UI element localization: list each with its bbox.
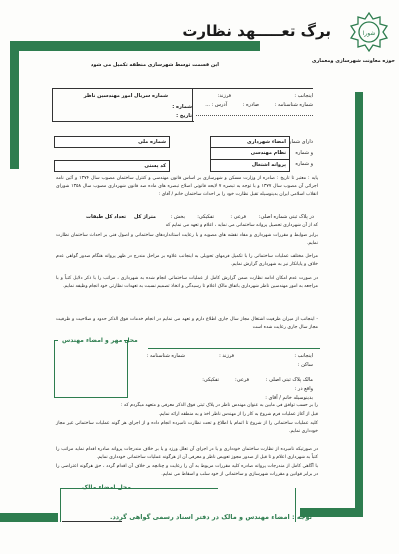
page-title: برگ تعـــــهد نظارت [182,22,331,40]
commitment-regulations: برابر ضوابط و مقررات شهرداری و مفاد نقشه… [56,232,318,248]
plot-number-label: در پلاک ثبتی شماره اصلی: [259,214,314,221]
plot-floors-label: تعداد کل طبقات [86,214,126,221]
owner-id-label: شماره شناسنامه : [147,353,185,360]
engineer-id-label: شماره شناسنامه : [275,102,313,109]
work-license-field[interactable]: پروانه اشتغال [210,160,290,172]
plot-area-label: متراژ کل [134,214,156,221]
footer-note: توجه : امضاء مهندس و مالک در دفتر اسناد … [110,514,312,521]
owner-introduction: را بر حسب توافق فی مابین به عنوان مهندس … [56,402,318,410]
commitment-discontinuation: در صورت عدم امکان ادامه نظارت ضمن گزارش … [56,275,318,291]
owner-section-label: تفکیکی: [202,377,219,384]
engineer-issued-label: صادره : [243,102,259,109]
municipality-signature-field[interactable]: امضاء شهرداری [210,136,290,148]
engineer-stamp-box[interactable] [54,340,128,398]
owner-hereby-label: بدینوسیله خانم / آقای : [265,395,313,402]
registration-label-3: و شماره [295,161,313,168]
engineer-stamp-label: محل مهر و امضاء مهندس [62,337,138,344]
owner-section-divider [148,348,320,349]
registration-label-2: و شماره [295,150,313,157]
owner-located-label: واقع در : [295,386,313,393]
bottom-left-green-bar [0,513,58,522]
owner-signature-label: محل امضاء مالک [82,484,131,491]
serial-heading: شماره سریال امور مهندسین ناظر [84,93,168,100]
owner-start-form: قبل از آغاز عملیات فرم شروع به کار را از… [56,411,318,419]
top-green-bar [10,41,260,51]
owner-plot-label: مالک پلاک ثبتی اصلی : [266,377,313,384]
engineer-applicant-label: اینجانب : [294,93,313,100]
national-id-field[interactable]: شماره ملی [54,136,170,148]
commitment-stages: مراحل مختلف عملیات ساختمانی را با تکمیل … [56,253,318,269]
svg-text:شورا: شورا [363,30,376,37]
serial-date-label: تاریخ : [176,113,192,120]
owner-resident-label: ساکن : [298,362,313,369]
owner-applicant-label: اینجانب : [294,353,313,360]
right-green-bar [355,92,363,517]
engineer-address-dots[interactable] [196,115,313,116]
base-validity-paragraph: پایه : معتبر تا تاریخ : صادره از وزارت م… [56,175,318,200]
engineer-father-label: فرزند: [218,93,231,100]
municipality-logo-icon: شورا [347,10,391,54]
plot-sub-label: فرعی : [230,214,246,221]
municipality-note: این قسمت توسط شهرسازی منطقه تکمیل می شود [91,62,219,69]
registration-label-1: دارای شماره [286,139,313,146]
engineer-info-top-line [192,88,313,89]
postal-code-field[interactable]: کد پستی [54,160,170,172]
logo: شورا [347,10,391,54]
owner-replacement: در صورتیکه نامبرده از نظارت ساختمان خودد… [56,446,318,462]
serial-number-label: شماره : [172,104,192,111]
serial-box-right-edge [192,88,193,122]
owner-sub-label: فرعی: [235,377,249,384]
plot-district-label: بخش : [171,214,185,221]
engineer-address-label: آدرس : ... [205,102,227,109]
registration-fields: امضاء شهرداری نظام مهندسی پروانه اشتغال [210,136,290,172]
footer-underline [62,521,122,522]
owner-waiver: با آگاهی کامل از مندرجات پروانه صادره کل… [56,463,318,479]
serial-box: شماره سریال امور مهندسین ناظر شماره : تا… [52,88,194,122]
owner-supervision: کلیه عملیات ساختمانی را از شروع تا اتمام… [56,420,318,436]
organization-name: حوزه معاونت شهرسازی ومعماری [312,58,395,65]
commitment-intro: که از آن شهرداری تحصیل پروانه ساختمانی م… [56,222,318,230]
owner-father-label: فرزند : [219,353,234,360]
engineering-system-field[interactable]: نظام مهندسی [210,148,290,160]
plot-section-label: تفکیکی: [197,214,214,221]
capacity-statement: - اینجانب از میزان ظرفیت اشتغال مجاز سال… [56,316,318,332]
left-green-bar [10,41,19,169]
engineer-stamp-top-left [54,340,58,341]
